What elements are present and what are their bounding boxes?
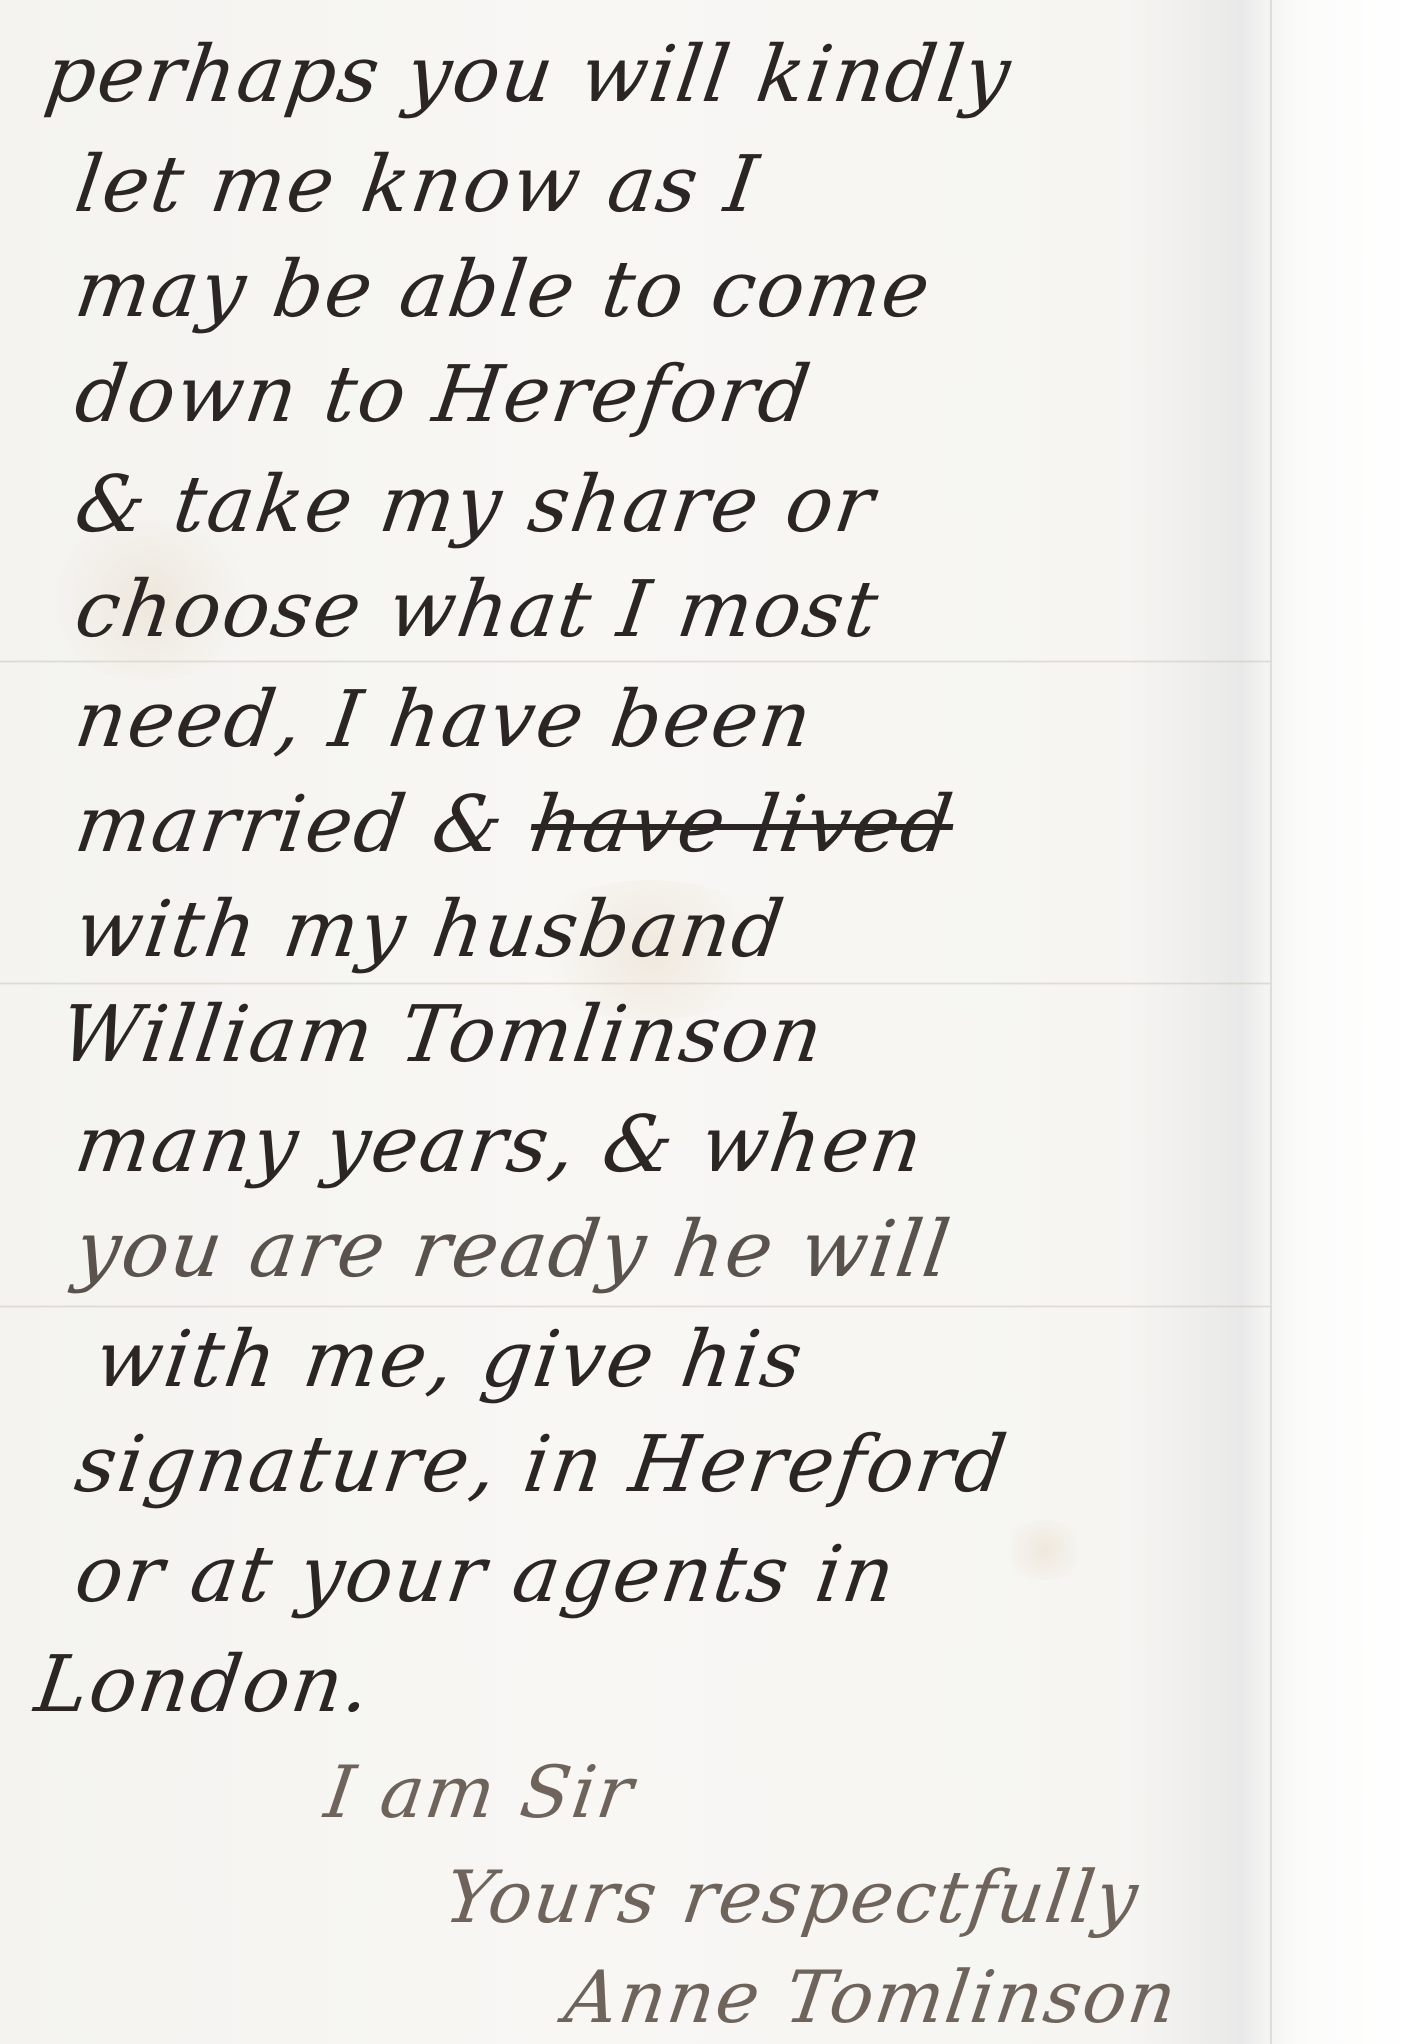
letter-line: you are ready he will xyxy=(70,1205,957,1295)
closing-valediction: Yours respectfully xyxy=(440,1855,1145,1939)
letter-line: with me, give his xyxy=(90,1315,810,1405)
letter-line: & take my share or xyxy=(70,460,881,550)
letter-line: need, I have been xyxy=(70,675,819,765)
letter-body: perhaps you will kindly let me know as I… xyxy=(0,0,1411,2044)
signature: Anne Tomlinson xyxy=(560,1955,1183,2039)
letter-line-with-strikethrough: married & have lived xyxy=(70,780,960,870)
letter-line: down to Hereford xyxy=(70,350,817,440)
letter-line: let me know as I xyxy=(70,140,765,230)
letter-line: or at your agents in xyxy=(70,1530,902,1620)
struck-text: have lived xyxy=(525,780,959,870)
letter-line: signature, in Hereford xyxy=(70,1420,1014,1510)
letter-line: perhaps you will kindly xyxy=(40,30,1017,120)
letter-line: many years, & when xyxy=(70,1100,929,1190)
letter-line: London. xyxy=(30,1640,378,1730)
letter-text: married & xyxy=(70,780,538,870)
letter-line: William Tomlinson xyxy=(55,990,830,1080)
letter-line: may be able to come xyxy=(70,245,937,335)
closing-salutation: I am Sir xyxy=(320,1750,640,1834)
letter-line: choose what I most xyxy=(70,565,885,655)
letter-line: with my husband xyxy=(70,885,791,975)
